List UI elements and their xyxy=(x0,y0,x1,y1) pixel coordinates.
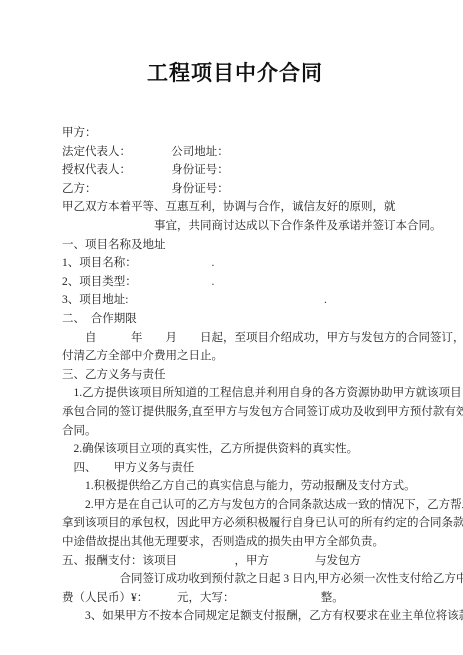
section-2-heading: 二、 合作期限 xyxy=(62,310,452,329)
project-address-line: 3、项目地址: . xyxy=(62,291,452,310)
party-a-duty-2-line-2: 拿到该项目的承包权，因此甲方必须积极履行自身已认可的所有约定的合同条款，不得 xyxy=(62,514,452,533)
project-name-line: 1、项目名称： . xyxy=(62,254,452,273)
preamble-line-1: 甲乙双方本着平等、互惠互利，协调与合作，诚信友好的原则，就 xyxy=(62,198,452,217)
payment-line-2: 费（人民币）¥： 元，大写： 整。 xyxy=(62,589,452,608)
party-b-duty-1-line-2: 承包合同的签订提供服务,直至甲方与发包方合同签订成功及收到甲方预付款有效履行 xyxy=(62,403,452,422)
party-b-duty-1-line-1: 1.乙方提供该项目所知道的工程信息并利用自身的各方资源协助甲方就该项目 xyxy=(62,384,452,403)
term-line-2: 付清乙方全部中介费用之日止。 xyxy=(62,347,452,366)
party-b-duty-1-line-3: 合同。 xyxy=(62,422,452,441)
party-a-duty-1-line: 1.积极提供给乙方自己的真实信息与能力，劳动报酬及支付方式。 xyxy=(62,477,452,496)
party-a-line: 甲方： xyxy=(62,124,452,143)
preamble-line-2: 事宜，共同商讨达成以下合作条件及承诺并签订本合同。 xyxy=(62,217,452,236)
party-b-duty-2-line: 2.确保该项目立项的真实性，乙方所提供资料的真实性。 xyxy=(62,440,452,459)
section-1-heading: 一、项目名称及地址 xyxy=(62,236,452,255)
contract-title: 工程项目中介合同 xyxy=(30,57,440,87)
contract-document-page: 工程项目中介合同 甲方： 法定代表人： 公司地址： 授权代表人： 身份证号： 乙… xyxy=(0,0,463,655)
payment-line-1: 合同签订成功收到预付款之日起 3 日内,甲方必须一次性支付给乙方中介 xyxy=(62,570,452,589)
contract-body: 甲方： 法定代表人： 公司地址： 授权代表人： 身份证号： 乙方： 身份证号： … xyxy=(62,124,452,626)
project-type-line: 2、项目类型： . xyxy=(62,273,452,292)
authorized-representative-line: 授权代表人： 身份证号： xyxy=(62,161,452,180)
term-line-1: 自 年 月 日起，至项目介绍成功，甲方与发包方的合同签订，甲方 xyxy=(62,329,452,348)
payment-clause-3-line: 3、如果甲方不按本合同规定足额支付报酬，乙方有权要求在业主单位将该款项扣 xyxy=(62,607,452,626)
party-b-line: 乙方： 身份证号： xyxy=(62,180,452,199)
section-5-heading-line: 五、报酬支付：该项目 ，甲方 与发包方 xyxy=(62,552,452,571)
party-a-duty-2-line-1: 2.甲方是在自己认可的乙方与发包方的合同条款达成一致的情况下，乙方帮助甲方 xyxy=(62,496,452,515)
legal-representative-line: 法定代表人： 公司地址： xyxy=(62,143,452,162)
section-3-heading: 三、乙方义务与责任 xyxy=(62,366,452,385)
section-4-heading: 四、 甲方义务与责任 xyxy=(62,459,452,478)
party-a-duty-2-line-3: 中途借故提出其他无理要求，否则造成的损失由甲方全部负责。 xyxy=(62,533,452,552)
